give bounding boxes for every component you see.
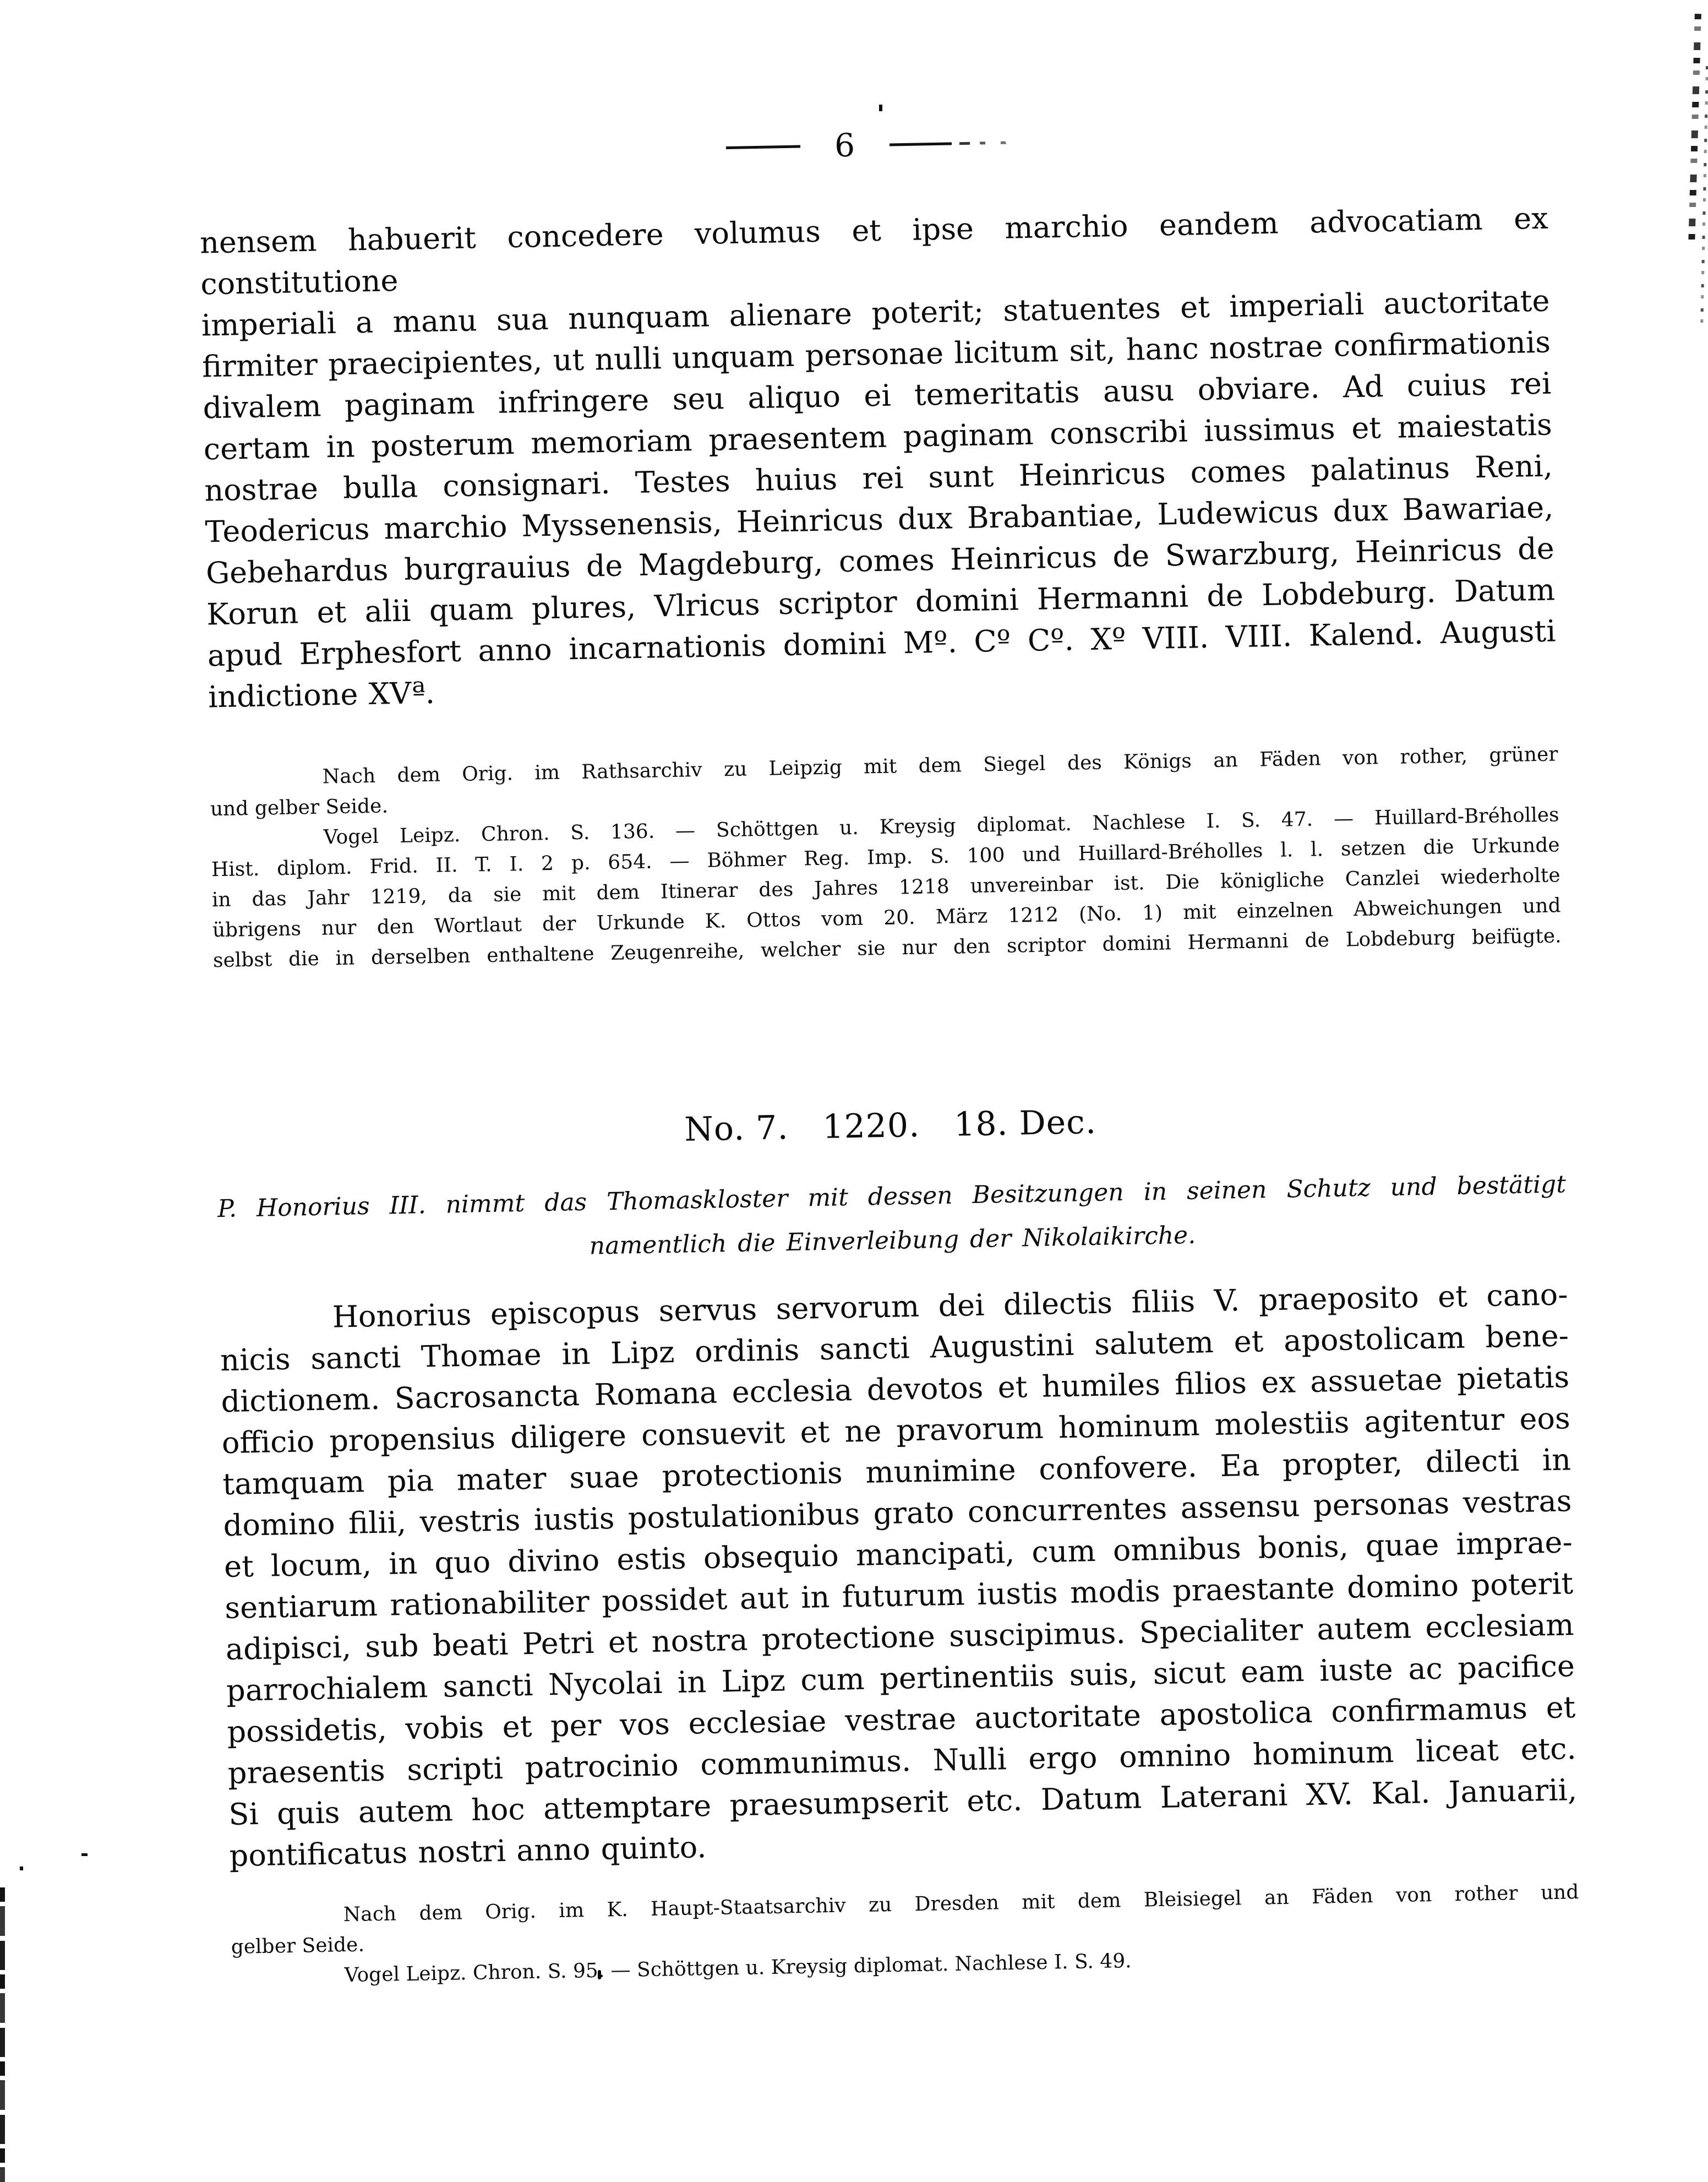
folio-rule-right [890, 141, 1019, 146]
ink-speck [598, 1970, 601, 1979]
folio-number: 6 [834, 129, 856, 162]
ink-speck [879, 105, 882, 111]
ink-speck [20, 1867, 23, 1870]
entry-heading-no7: No. 7. 1220. 18. Dec. [216, 1093, 1565, 1158]
entry-summary-no7: P. Honorius III. nimmt das Thomaskloster… [217, 1162, 1568, 1275]
charter-text-no7: Honorius episcopus servus servorum dei d… [219, 1274, 1578, 1876]
scan-noise-left-edge [0, 1887, 5, 2182]
archival-notes-no7: Nach dem Orig. im K. Haupt-Staatsarchiv … [230, 1877, 1580, 1993]
text-column: 6 nensem habuerit concedere volumus et i… [198, 113, 1580, 1993]
running-head: 6 [198, 113, 1547, 177]
ink-speck [81, 1853, 88, 1856]
archival-notes-no6: Nach dem Orig. im Rathsarchiv zu Leipzig… [209, 739, 1562, 976]
scan-noise-right-edge-2 [1700, 66, 1708, 330]
charter-text-no6: nensem habuerit concedere volumus et ips… [199, 198, 1557, 718]
page-content: 6 nensem habuerit concedere volumus et i… [0, 0, 1708, 1996]
folio-rule-left [726, 145, 800, 149]
scanned-book-page: 6 nensem habuerit concedere volumus et i… [0, 0, 1708, 2182]
